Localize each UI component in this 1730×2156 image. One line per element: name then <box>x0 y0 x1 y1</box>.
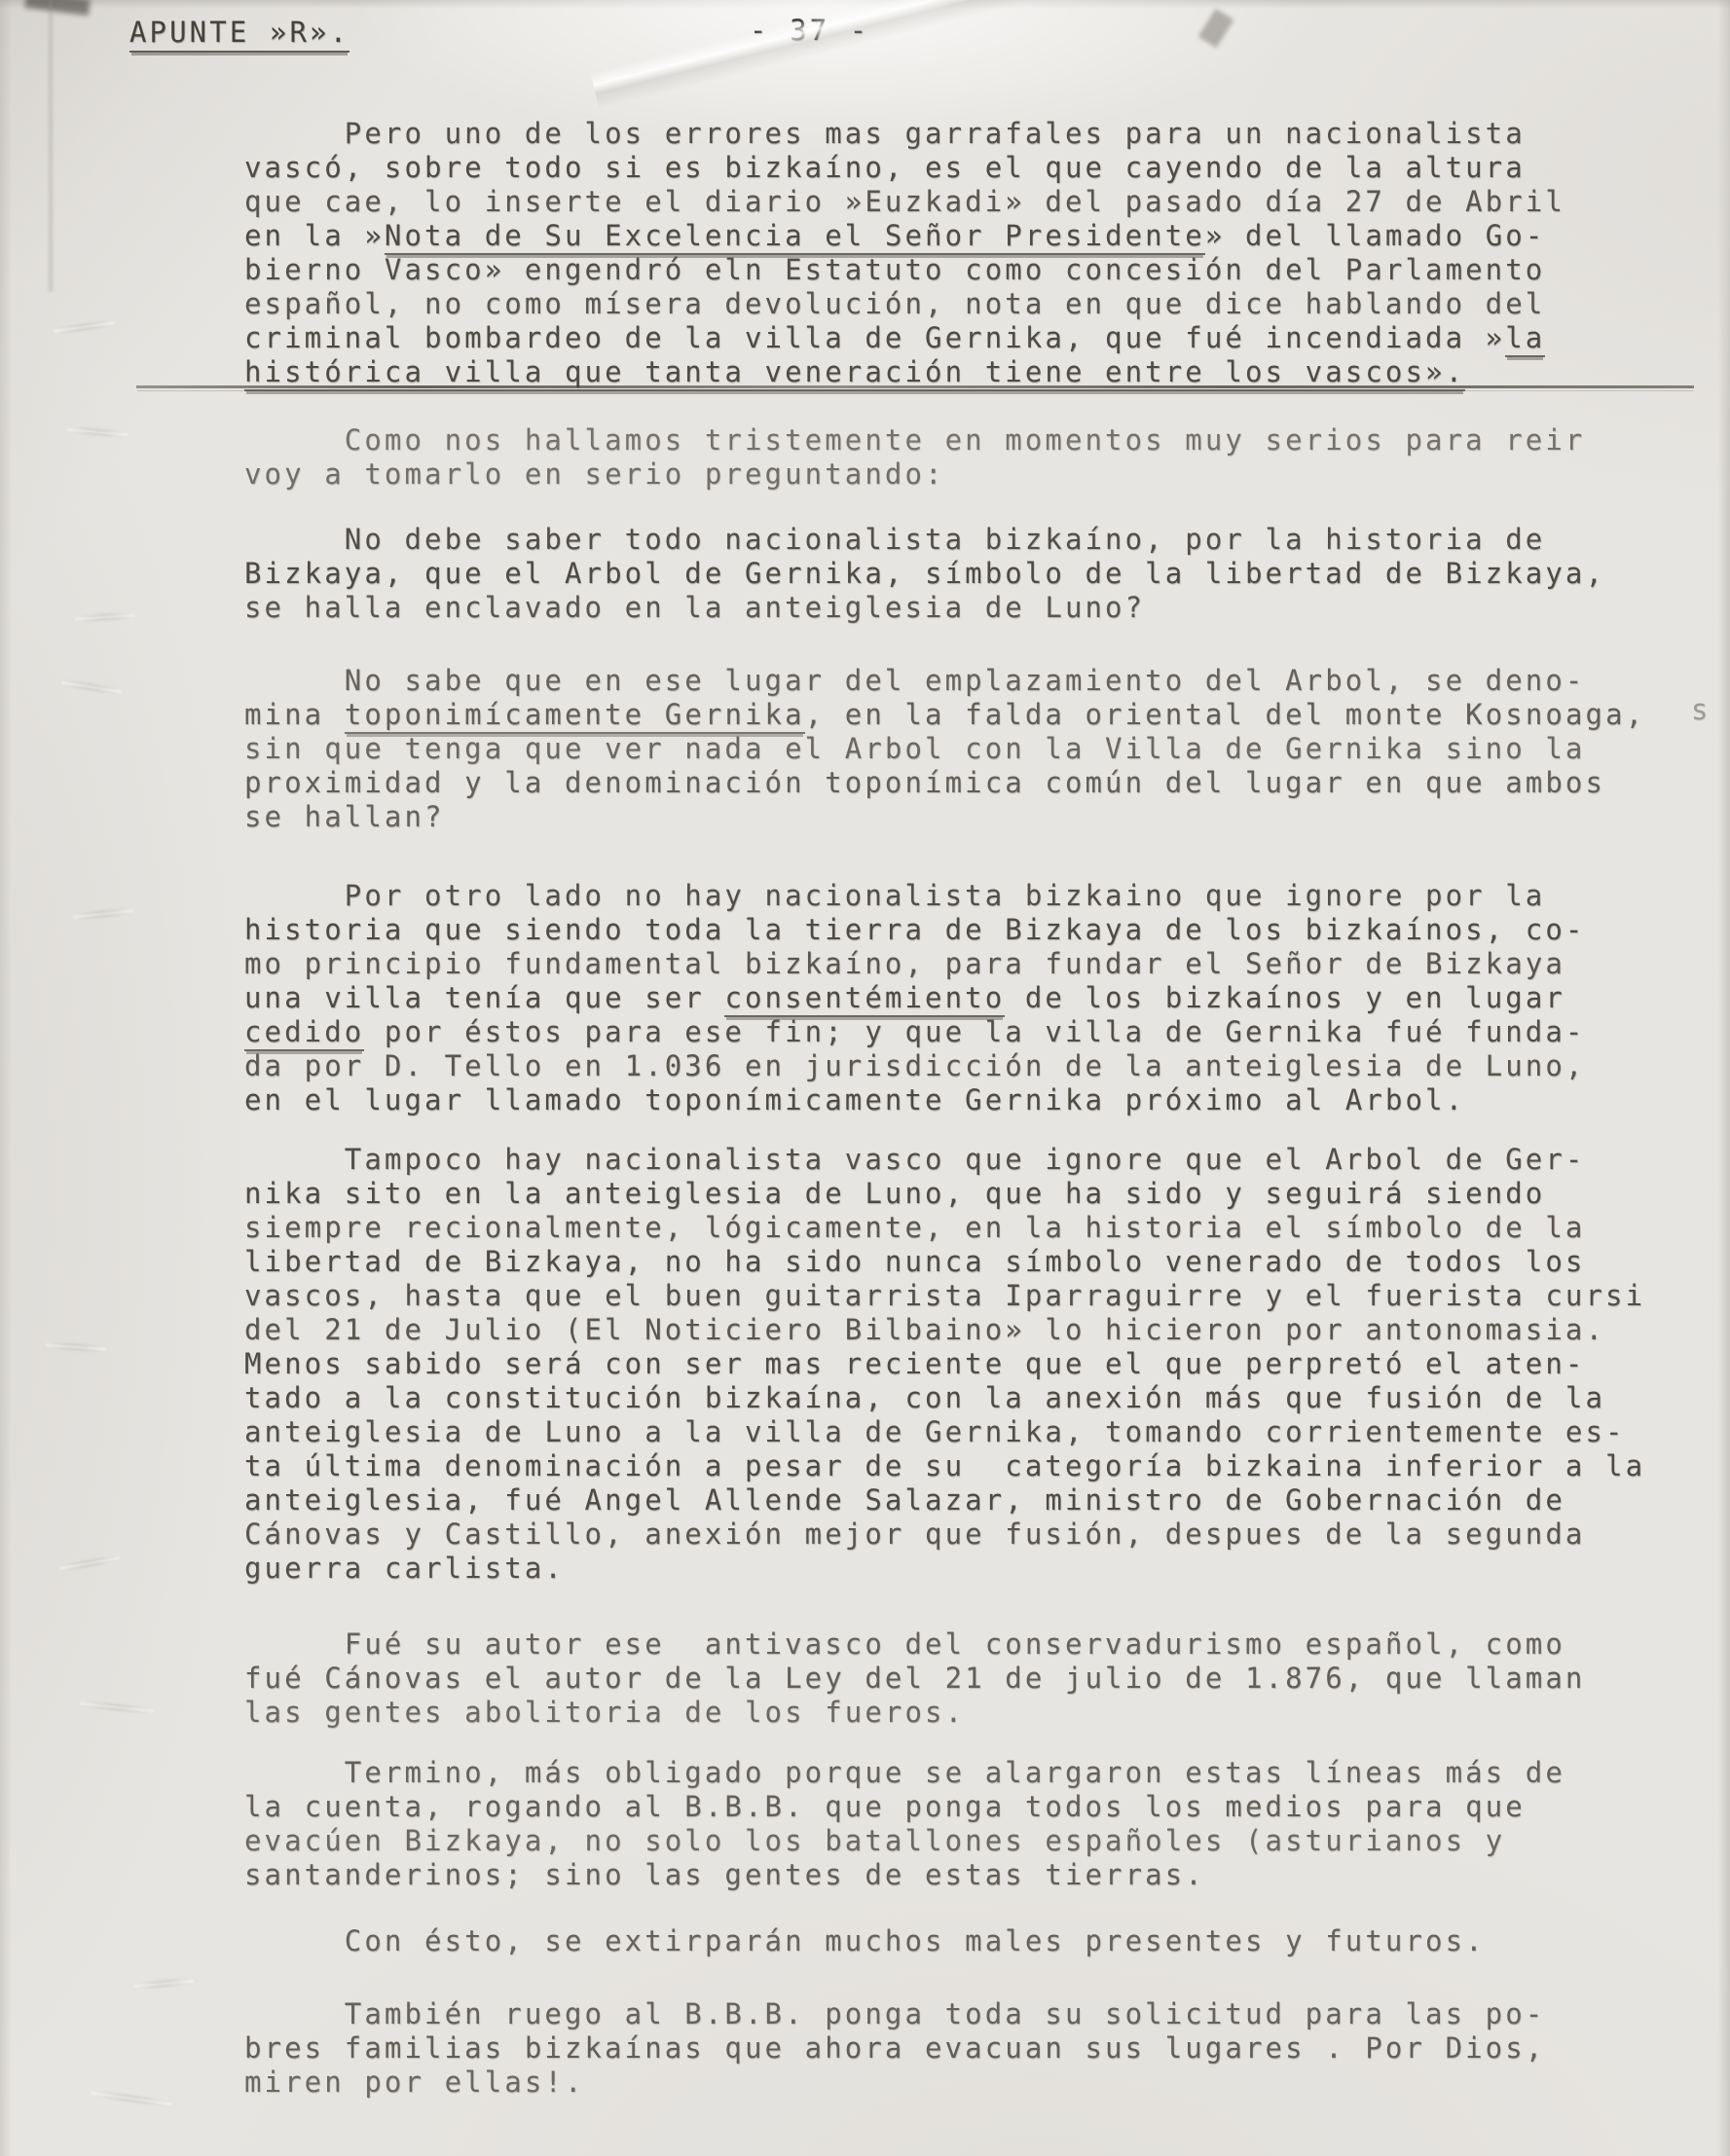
text-segment: Menos sabido será con ser mas reciente q… <box>244 1347 1585 1380</box>
text-line: que cae, lo inserte el diario »Euzkadi» … <box>244 185 1565 219</box>
text-line: fué Cánovas el autor de la Ley del 21 de… <box>244 1662 1585 1696</box>
text-line: santanderinos; sino las gentes de estas … <box>244 1858 1565 1892</box>
text-segment: sin que tenga que ver nada el Arbol con … <box>244 732 1585 765</box>
text-segment: Cánovas y Castillo, anexión mejor que fu… <box>244 1517 1585 1551</box>
text-segment: libertad de Bizkaya, no ha sido nunca sí… <box>244 1245 1585 1278</box>
text-segment: Pero uno de los errores mas garrafales p… <box>244 117 1526 150</box>
text-segment: Por otro lado no hay nacionalista bizkai… <box>244 879 1545 912</box>
text-line: se halla enclavado en la anteiglesia de … <box>244 591 1605 625</box>
text-segment: en el lugar llamado toponímicamente Gern… <box>244 1083 1465 1116</box>
text-segment: guerra carlista. <box>244 1552 565 1585</box>
text-segment: Con ésto, se extirparán muchos males pre… <box>244 1924 1486 1957</box>
text-segment: evacúen Bizkaya, no solo los batallones … <box>244 1824 1505 1857</box>
text-segment: se halla enclavado en la anteiglesia de … <box>244 591 1145 624</box>
text-line: Cánovas y Castillo, anexión mejor que fu… <box>244 1517 1645 1552</box>
text-line: No debe saber todo nacionalista bizkaíno… <box>244 523 1605 557</box>
text-line: No sabe que en ese lugar del emplazamien… <box>244 664 1645 698</box>
text-line: criminal bombardeo de la villa de Gernik… <box>244 321 1565 355</box>
text-line: historia que siendo toda la tierra de Bi… <box>244 913 1586 947</box>
text-line: histórica villa que tanta veneración tie… <box>244 355 1565 389</box>
paragraph-7: Fué su autor ese antivasco del conservad… <box>244 1627 1585 1730</box>
text-line: Con ésto, se extirparán muchos males pre… <box>244 1924 1486 1958</box>
text-line: vascos, hasta que el buen guitarrista Ip… <box>244 1279 1645 1313</box>
text-segment: tado a la constitución bizkaína, con la … <box>244 1381 1605 1414</box>
document-page: APUNTE »R». - 37 - Pero uno de los error… <box>0 0 1730 2156</box>
text-line: Pero uno de los errores mas garrafales p… <box>244 117 1565 151</box>
text-line: anteiglesia, fué Angel Allende Salazar, … <box>244 1483 1645 1517</box>
text-line: da por D. Tello en 1.036 en jurisdicción… <box>244 1049 1586 1083</box>
underlined-text: toponimícamente Gernika <box>345 698 805 734</box>
text-line: mo principio fundamental bizkaíno, para … <box>244 947 1586 981</box>
text-line: siempre recionalmente, lógicamente, en l… <box>244 1211 1645 1245</box>
text-segment: las gentes abolitoria de los fueros. <box>244 1696 965 1729</box>
text-line: en el lugar llamado toponímicamente Gern… <box>244 1083 1586 1117</box>
text-segment: se hallan? <box>244 800 445 833</box>
text-segment: , en la falda oriental del monte Kosnoag… <box>805 698 1646 731</box>
text-segment: No sabe que en ese lugar del emplazamien… <box>244 664 1585 697</box>
text-segment: anteiglesia de Luno a la villa de Gernik… <box>244 1415 1626 1448</box>
text-line: Por otro lado no hay nacionalista bizkai… <box>244 879 1586 913</box>
text-segment: » del llamado Go- <box>1205 219 1546 252</box>
text-segment: No debe saber todo nacionalista bizkaíno… <box>244 523 1545 556</box>
text-line: Bizkaya, que el Arbol de Gernika, símbol… <box>244 557 1605 591</box>
text-segment: miren por ellas!. <box>244 2065 585 2099</box>
text-line: Fué su autor ese antivasco del conservad… <box>244 1627 1585 1662</box>
text-segment: da por D. Tello en 1.036 en jurisdicción… <box>244 1049 1585 1082</box>
text-line: guerra carlista. <box>244 1552 1645 1586</box>
text-segment: santanderinos; sino las gentes de estas … <box>244 1858 1205 1891</box>
paragraph-4: No sabe que en ese lugar del emplazamien… <box>244 664 1645 834</box>
text-line: la cuenta, rogando al B.B.B. que ponga t… <box>244 1790 1565 1824</box>
text-segment: mina <box>244 698 345 731</box>
text-segment: historia que siendo toda la tierra de Bi… <box>244 913 1585 946</box>
text-segment: del 21 de Julio (El Noticiero Bilbaino» … <box>244 1313 1605 1346</box>
text-segment: una villa tenía que ser <box>244 981 724 1014</box>
text-line: voy a tomarlo en serio preguntando: <box>244 457 1585 492</box>
text-line: libertad de Bizkaya, no ha sido nunca sí… <box>244 1245 1645 1279</box>
text-line: nika sito en la anteiglesia de Luno, que… <box>244 1177 1645 1211</box>
text-line: proximidad y la denominación toponímica … <box>244 766 1645 800</box>
text-line: miren por ellas!. <box>244 2065 1545 2100</box>
text-line: Tampoco hay nacionalista vasco que ignor… <box>244 1143 1645 1177</box>
text-segment: También ruego al B.B.B. ponga toda su so… <box>244 1997 1545 2030</box>
paragraph-8: Termino, más obligado porque se alargaro… <box>244 1756 1565 1892</box>
text-line: evacúen Bizkaya, no solo los batallones … <box>244 1824 1565 1858</box>
text-segment: vascos, hasta que el buen guitarrista Ip… <box>244 1279 1645 1312</box>
text-segment: Como nos hallamos tristemente en momento… <box>244 423 1585 457</box>
paragraph-5: Por otro lado no hay nacionalista bizkai… <box>244 879 1586 1117</box>
text-segment: anteiglesia, fué Angel Allende Salazar, … <box>244 1483 1565 1517</box>
underlined-text: cedido <box>244 1015 364 1051</box>
text-segment: voy a tomarlo en serio preguntando: <box>244 457 945 491</box>
text-line: anteiglesia de Luno a la villa de Gernik… <box>244 1415 1645 1449</box>
text-segment: en la » <box>244 219 385 252</box>
text-segment: Tampoco hay nacionalista vasco que ignor… <box>244 1143 1585 1176</box>
text-line: Como nos hallamos tristemente en momento… <box>244 423 1585 457</box>
text-segment: español, no como mísera devolución, nota… <box>244 287 1545 320</box>
text-line: vascó, sobre todo si es bizkaíno, es el … <box>244 151 1565 185</box>
text-line: en la »Nota de Su Excelencia el Señor Pr… <box>244 219 1565 253</box>
text-segment: que cae, lo inserte el diario »Euzkadi» … <box>244 185 1565 218</box>
text-segment: Termino, más obligado porque se alargaro… <box>244 1756 1565 1789</box>
text-line: se hallan? <box>244 800 1645 834</box>
text-line: mina toponimícamente Gernika, en la fald… <box>244 698 1645 732</box>
text-line: ta última denominación a pesar de su cat… <box>244 1449 1645 1483</box>
text-line: tado a la constitución bizkaína, con la … <box>244 1381 1645 1415</box>
text-segment: vascó, sobre todo si es bizkaíno, es el … <box>244 151 1526 184</box>
text-line: bres familias bizkaínas que ahora evacua… <box>244 2031 1545 2065</box>
paragraph-2: Como nos hallamos tristemente en momento… <box>244 423 1585 492</box>
paragraph-9: Con ésto, se extirparán muchos males pre… <box>244 1924 1486 1958</box>
text-line: Termino, más obligado porque se alargaro… <box>244 1756 1565 1790</box>
text-segment: Fué su autor ese antivasco del conservad… <box>244 1627 1565 1661</box>
underlined-text: consentémiento <box>724 981 1005 1017</box>
stray-character: s <box>1691 693 1712 727</box>
text-segment: por éstos para ese fin; y que la villa d… <box>364 1015 1585 1048</box>
text-segment: fué Cánovas el autor de la Ley del 21 de… <box>244 1662 1585 1695</box>
paragraph-10: También ruego al B.B.B. ponga toda su so… <box>244 1997 1545 2100</box>
text-segment: bierno Vasco» engendró eln Estatuto como… <box>244 253 1545 286</box>
text-line: del 21 de Julio (El Noticiero Bilbaino» … <box>244 1313 1645 1347</box>
text-line: bierno Vasco» engendró eln Estatuto como… <box>244 253 1565 287</box>
paragraph-6: Tampoco hay nacionalista vasco que ignor… <box>244 1143 1645 1586</box>
text-segment: ta última denominación a pesar de su cat… <box>244 1449 1645 1482</box>
text-line: una villa tenía que ser consentémiento d… <box>244 981 1586 1015</box>
text-line: cedido por éstos para ese fin; y que la … <box>244 1015 1586 1049</box>
underlined-text: la <box>1505 321 1545 357</box>
text-segment: nika sito en la anteiglesia de Luno, que… <box>244 1177 1545 1210</box>
text-segment: siempre recionalmente, lógicamente, en l… <box>244 1211 1585 1244</box>
text-segment: Bizkaya, que el Arbol de Gernika, símbol… <box>244 557 1605 590</box>
document-body: Pero uno de los errores mas garrafales p… <box>0 0 1730 2156</box>
paragraph-1: Pero uno de los errores mas garrafales p… <box>244 117 1565 389</box>
paragraph-3: No debe saber todo nacionalista bizkaíno… <box>244 523 1605 625</box>
text-line: También ruego al B.B.B. ponga toda su so… <box>244 1997 1545 2031</box>
text-segment: criminal bombardeo de la villa de Gernik… <box>244 321 1505 354</box>
text-line: sin que tenga que ver nada el Arbol con … <box>244 732 1645 766</box>
text-line: español, no como mísera devolución, nota… <box>244 287 1565 321</box>
text-segment: la cuenta, rogando al B.B.B. que ponga t… <box>244 1790 1526 1823</box>
text-line: Menos sabido será con ser mas reciente q… <box>244 1347 1645 1381</box>
underlined-text: Nota de Su Excelencia el Señor President… <box>385 219 1205 255</box>
ink-rule <box>136 385 1694 388</box>
text-segment: bres familias bizkaínas que ahora evacua… <box>244 2031 1545 2065</box>
text-line: las gentes abolitoria de los fueros. <box>244 1696 1585 1730</box>
text-segment: mo principio fundamental bizkaíno, para … <box>244 947 1565 980</box>
text-segment: de los bizkaínos y en lugar <box>1005 981 1565 1014</box>
text-segment: proximidad y la denominación toponímica … <box>244 766 1605 799</box>
